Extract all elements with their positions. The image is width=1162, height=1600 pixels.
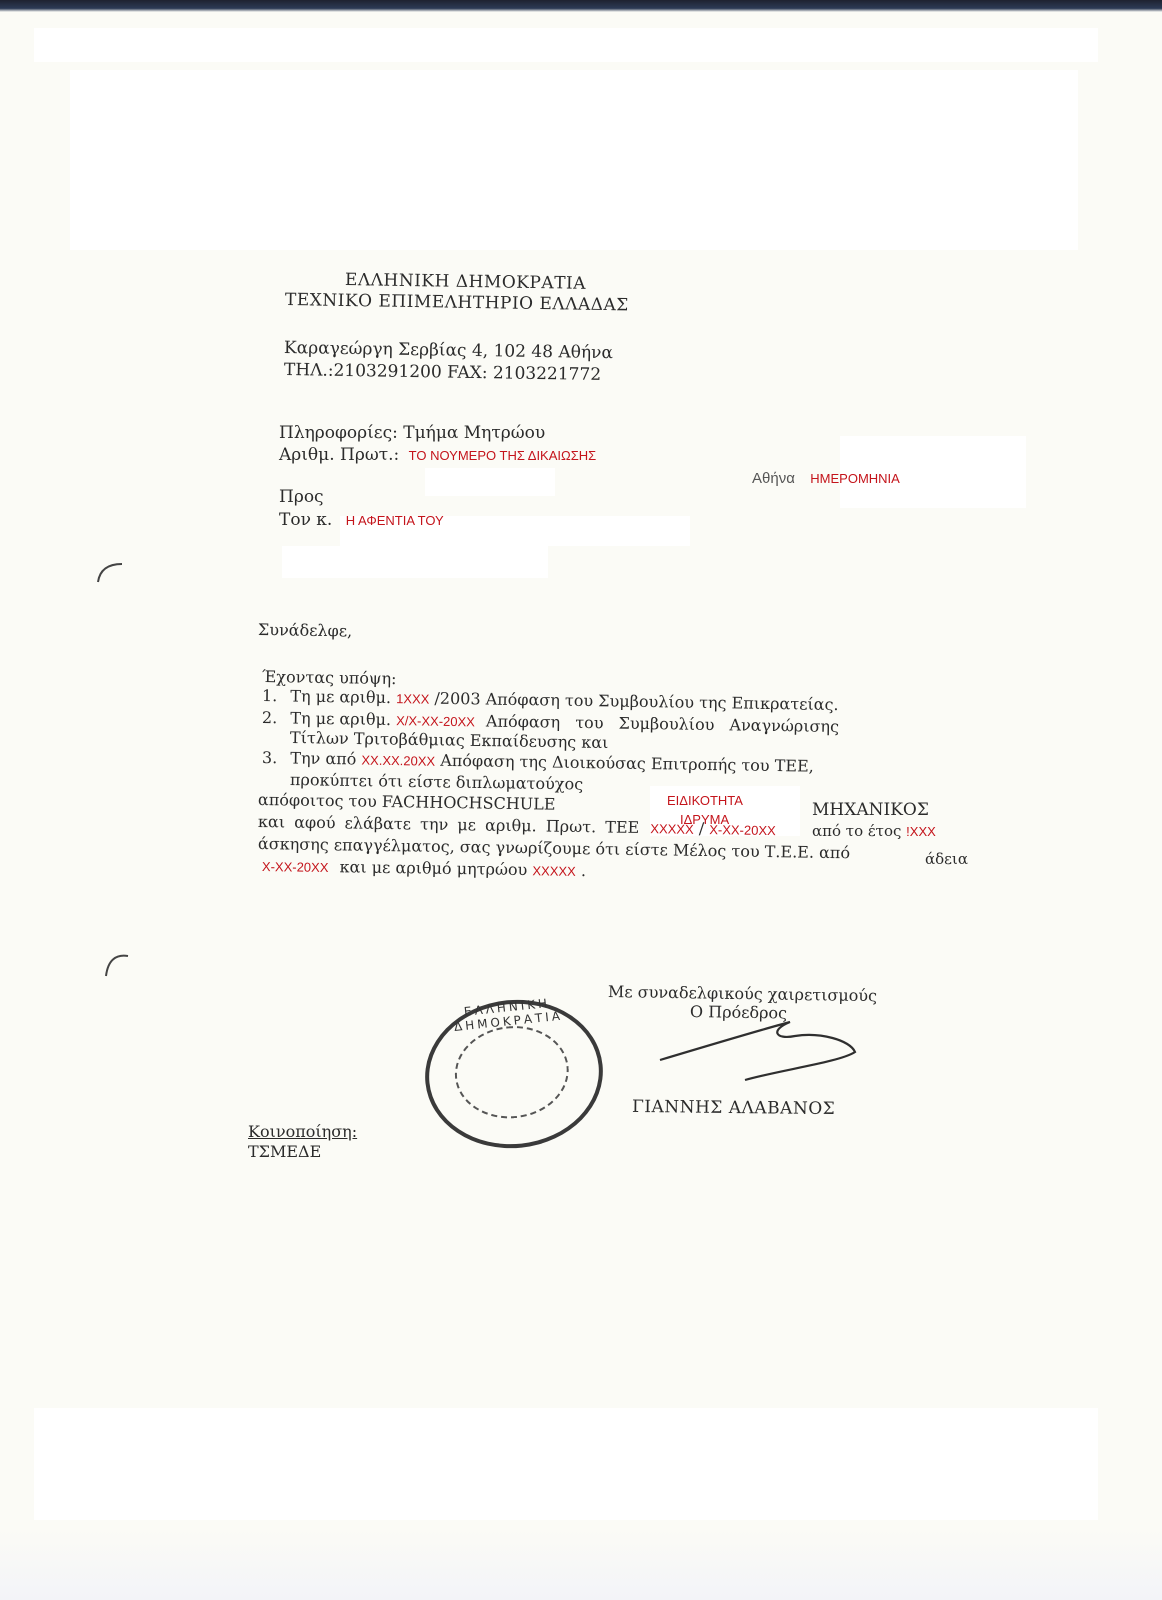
closing-greeting: Με συναδελφικούς χαιρετισμούς <box>608 982 877 1005</box>
protocol-value: ΤΟ ΝΟΥΜΕΡΟ ΤΗΣ ΔΙΚΑΙΩΣΗΣ <box>409 448 597 463</box>
protocol-label: Αριθμ. Πρωτ.: <box>279 445 399 465</box>
protocol-number: XXXXX <box>650 821 694 837</box>
considering-label: Έχοντας υπόψη: <box>262 667 397 688</box>
redaction-bottom <box>34 1408 1098 1520</box>
specialty-value: ΕΙΔΙΚΟΤΗΤΑ <box>667 793 743 808</box>
punch-mark-icon <box>92 560 132 590</box>
date-row: Αθήνα ΗΜΕΡΟΜΗΝΙΑ <box>752 468 900 488</box>
license-word: άδεια <box>925 850 968 868</box>
protocol-row: Αριθμ. Πρωτ.: ΤΟ ΝΟΥΜΕΡΟ ΤΗΣ ΔΙΚΑΙΩΣΗΣ <box>279 445 596 465</box>
para-line-1: προκύπτει ότι είστε διπλωματούχος <box>290 770 583 794</box>
header-organization: ΤΕΧΝΙΚΟ ΕΠΙΜΕΛΗΤΗΡΙΟ ΕΛΛΑΔΑΣ <box>285 290 629 315</box>
cc-value: ΤΣΜΕΔΕ <box>248 1142 321 1161</box>
year-row: από το έτος !XXX <box>812 822 936 840</box>
item2-number: X/X-XX-20XX <box>396 713 475 729</box>
engineer-label: ΜΗΧΑΝΙΚΟΣ <box>812 800 929 820</box>
official-stamp: ΕΛΛΗΝΙΚΗ ΔΗΜΟΚΡΑΤΙΑ <box>418 991 610 1157</box>
para-line-2: απόφοιτος του FACHHOCHSCHULE <box>258 790 556 814</box>
header-address: Καραγεώργη Σερβίας 4, 102 48 Αθήνα <box>284 338 613 363</box>
stamp-inner-ring <box>450 1021 573 1124</box>
cc-label: Κοινοποίηση: <box>248 1122 357 1141</box>
scan-shadow <box>0 1530 1162 1600</box>
signature-icon <box>650 1010 880 1090</box>
item3-date: XX.XX.20XX <box>361 753 435 769</box>
recipient-label: Τον κ. <box>279 510 332 530</box>
protocol-date: X-XX-20XX <box>709 822 776 838</box>
redaction-top-strip <box>34 28 1098 62</box>
para-line-5: X-XX-20XX και με αριθμό μητρώου XXXXX . <box>262 856 586 880</box>
city-label: Αθήνα <box>752 470 795 487</box>
header-phone-fax: ΤΗΛ.:2103291200 FAX: 2103221772 <box>284 360 601 385</box>
recipient-row: Τον κ. Η ΑΦΕΝΤΙΑ ΤΟΥ <box>279 510 444 530</box>
header-country: ΕΛΛΗΝΙΚΗ ΔΗΜΟΚΡΑΤΙΑ <box>345 270 586 294</box>
year-value: !XXX <box>906 824 936 839</box>
redaction-letterhead <box>70 70 1078 250</box>
recipient-value: Η ΑΦΕΝΤΙΑ ΤΟΥ <box>346 513 444 528</box>
punch-mark-icon <box>100 952 140 982</box>
redaction-protocol-box <box>425 468 555 496</box>
scan-edge <box>0 0 1162 12</box>
info-label: Πληροφορίες: Τμήμα Μητρώου <box>279 423 545 443</box>
item1-number: 1XXX <box>396 691 429 707</box>
date-value: ΗΜΕΡΟΜΗΝΙΑ <box>810 471 900 486</box>
signatory-name: ΓΙΑΝΝΗΣ ΑΛΑΒΑΝΟΣ <box>632 1097 835 1119</box>
member-date: X-XX-20XX <box>262 859 329 875</box>
registry-number: XXXXX <box>532 863 576 879</box>
salutation: Συνάδελφε, <box>258 620 353 640</box>
to-label: Προς <box>279 487 324 507</box>
redaction-address-box <box>282 546 548 578</box>
